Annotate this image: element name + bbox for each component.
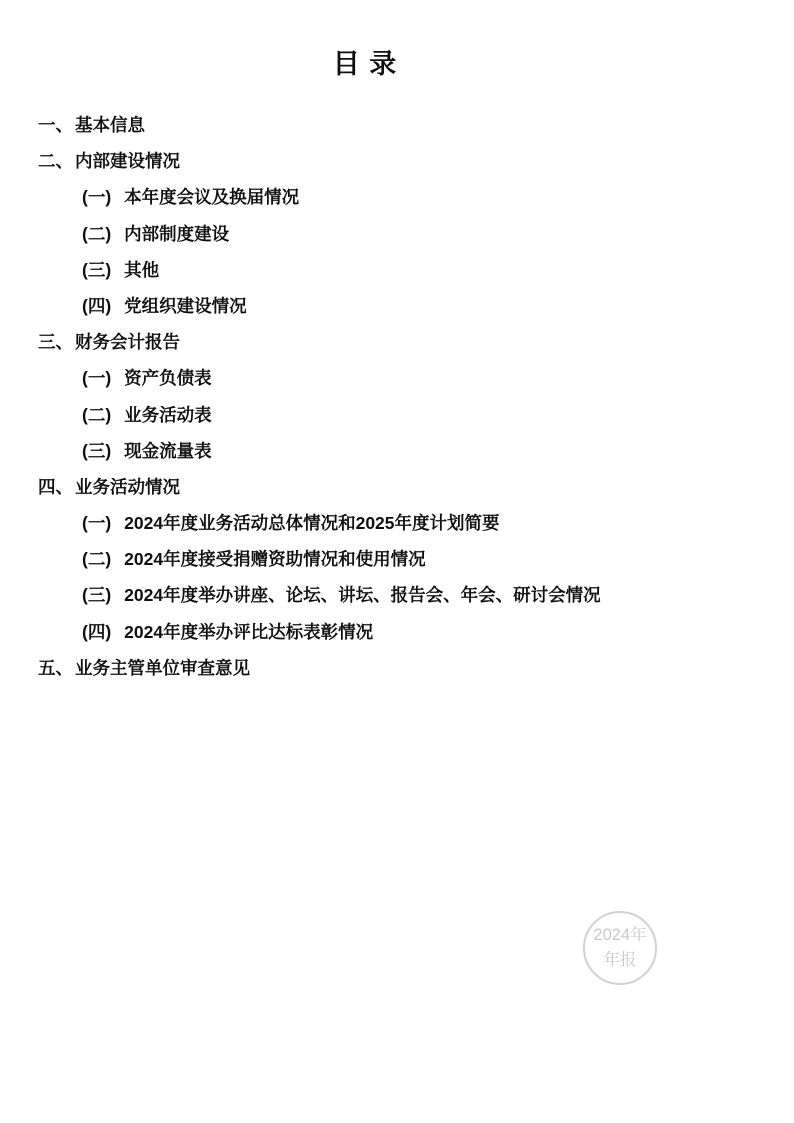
toc-item-number: (一) <box>82 513 111 533</box>
toc-item-label: 业务活动表 <box>124 405 212 425</box>
toc-item: (一)资产负债表 <box>38 360 754 396</box>
toc-item: (四)党组织建设情况 <box>38 288 754 324</box>
toc-item-label: 财务会计报告 <box>75 332 180 352</box>
toc-item-label: 资产负债表 <box>124 368 212 388</box>
toc-item-number: (四) <box>82 296 111 316</box>
stamp-report-line: 年报 <box>604 948 637 973</box>
page-title: 目 录 <box>38 48 692 80</box>
annual-report-stamp: 2024年 年报 <box>583 911 657 985</box>
toc-item: (三)现金流量表 <box>38 433 754 469</box>
toc-item: (二)内部制度建设 <box>38 216 754 252</box>
toc-page: 目 录 一、基本信息二、内部建设情况(一)本年度会议及换届情况(二)内部制度建设… <box>0 0 794 1123</box>
stamp-year-line: 2024年 <box>593 923 646 948</box>
toc-item-label: 2024年度接受捐赠资助情况和使用情况 <box>124 549 425 569</box>
toc-item-label: 内部建设情况 <box>75 151 180 171</box>
toc-item: 三、财务会计报告 <box>38 324 754 360</box>
toc-item: 二、内部建设情况 <box>38 143 754 179</box>
toc-item-number: (三) <box>82 260 111 280</box>
toc-item-number: 二、 <box>38 151 73 171</box>
toc-item: (三)其他 <box>38 252 754 288</box>
toc-item-number: 五、 <box>38 658 73 678</box>
toc-item-label: 其他 <box>124 260 159 280</box>
toc-item: (一)本年度会议及换届情况 <box>38 179 754 215</box>
toc-item-number: (一) <box>82 187 111 207</box>
toc-item: 一、基本信息 <box>38 107 754 143</box>
toc-item-label: 党组织建设情况 <box>124 296 247 316</box>
toc-item-number: (三) <box>82 441 111 461</box>
toc-item: (四)2024年度举办评比达标表彰情况 <box>38 614 754 650</box>
toc-item: (二)2024年度接受捐赠资助情况和使用情况 <box>38 541 754 577</box>
toc-item: (三)2024年度举办讲座、论坛、讲坛、报告会、年会、研讨会情况 <box>38 577 754 613</box>
toc-item-number: (二) <box>82 549 111 569</box>
toc-item-label: 业务主管单位审查意见 <box>75 658 250 678</box>
toc-item-number: (二) <box>82 405 111 425</box>
toc-item-label: 本年度会议及换届情况 <box>124 187 299 207</box>
toc-item-number: (四) <box>82 622 111 642</box>
toc-item-number: 四、 <box>38 477 73 497</box>
toc-item-label: 基本信息 <box>75 115 145 135</box>
toc-item: (一)2024年度业务活动总体情况和2025年度计划简要 <box>38 505 754 541</box>
toc-item-label: 业务活动情况 <box>75 477 180 497</box>
toc-item-number: 一、 <box>38 115 73 135</box>
toc-item-label: 2024年度举办评比达标表彰情况 <box>124 622 373 642</box>
toc-item-number: (三) <box>82 585 111 605</box>
toc-item: 五、业务主管单位审查意见 <box>38 650 754 686</box>
toc-list: 一、基本信息二、内部建设情况(一)本年度会议及换届情况(二)内部制度建设(三)其… <box>38 107 754 686</box>
toc-item-label: 现金流量表 <box>124 441 212 461</box>
toc-item-number: 三、 <box>38 332 73 352</box>
toc-item-number: (二) <box>82 224 111 244</box>
toc-item-label: 2024年度业务活动总体情况和2025年度计划简要 <box>124 513 499 533</box>
toc-item-number: (一) <box>82 368 111 388</box>
toc-item: 四、业务活动情况 <box>38 469 754 505</box>
toc-item: (二)业务活动表 <box>38 397 754 433</box>
toc-item-label: 2024年度举办讲座、论坛、讲坛、报告会、年会、研讨会情况 <box>124 585 600 605</box>
toc-item-label: 内部制度建设 <box>124 224 229 244</box>
